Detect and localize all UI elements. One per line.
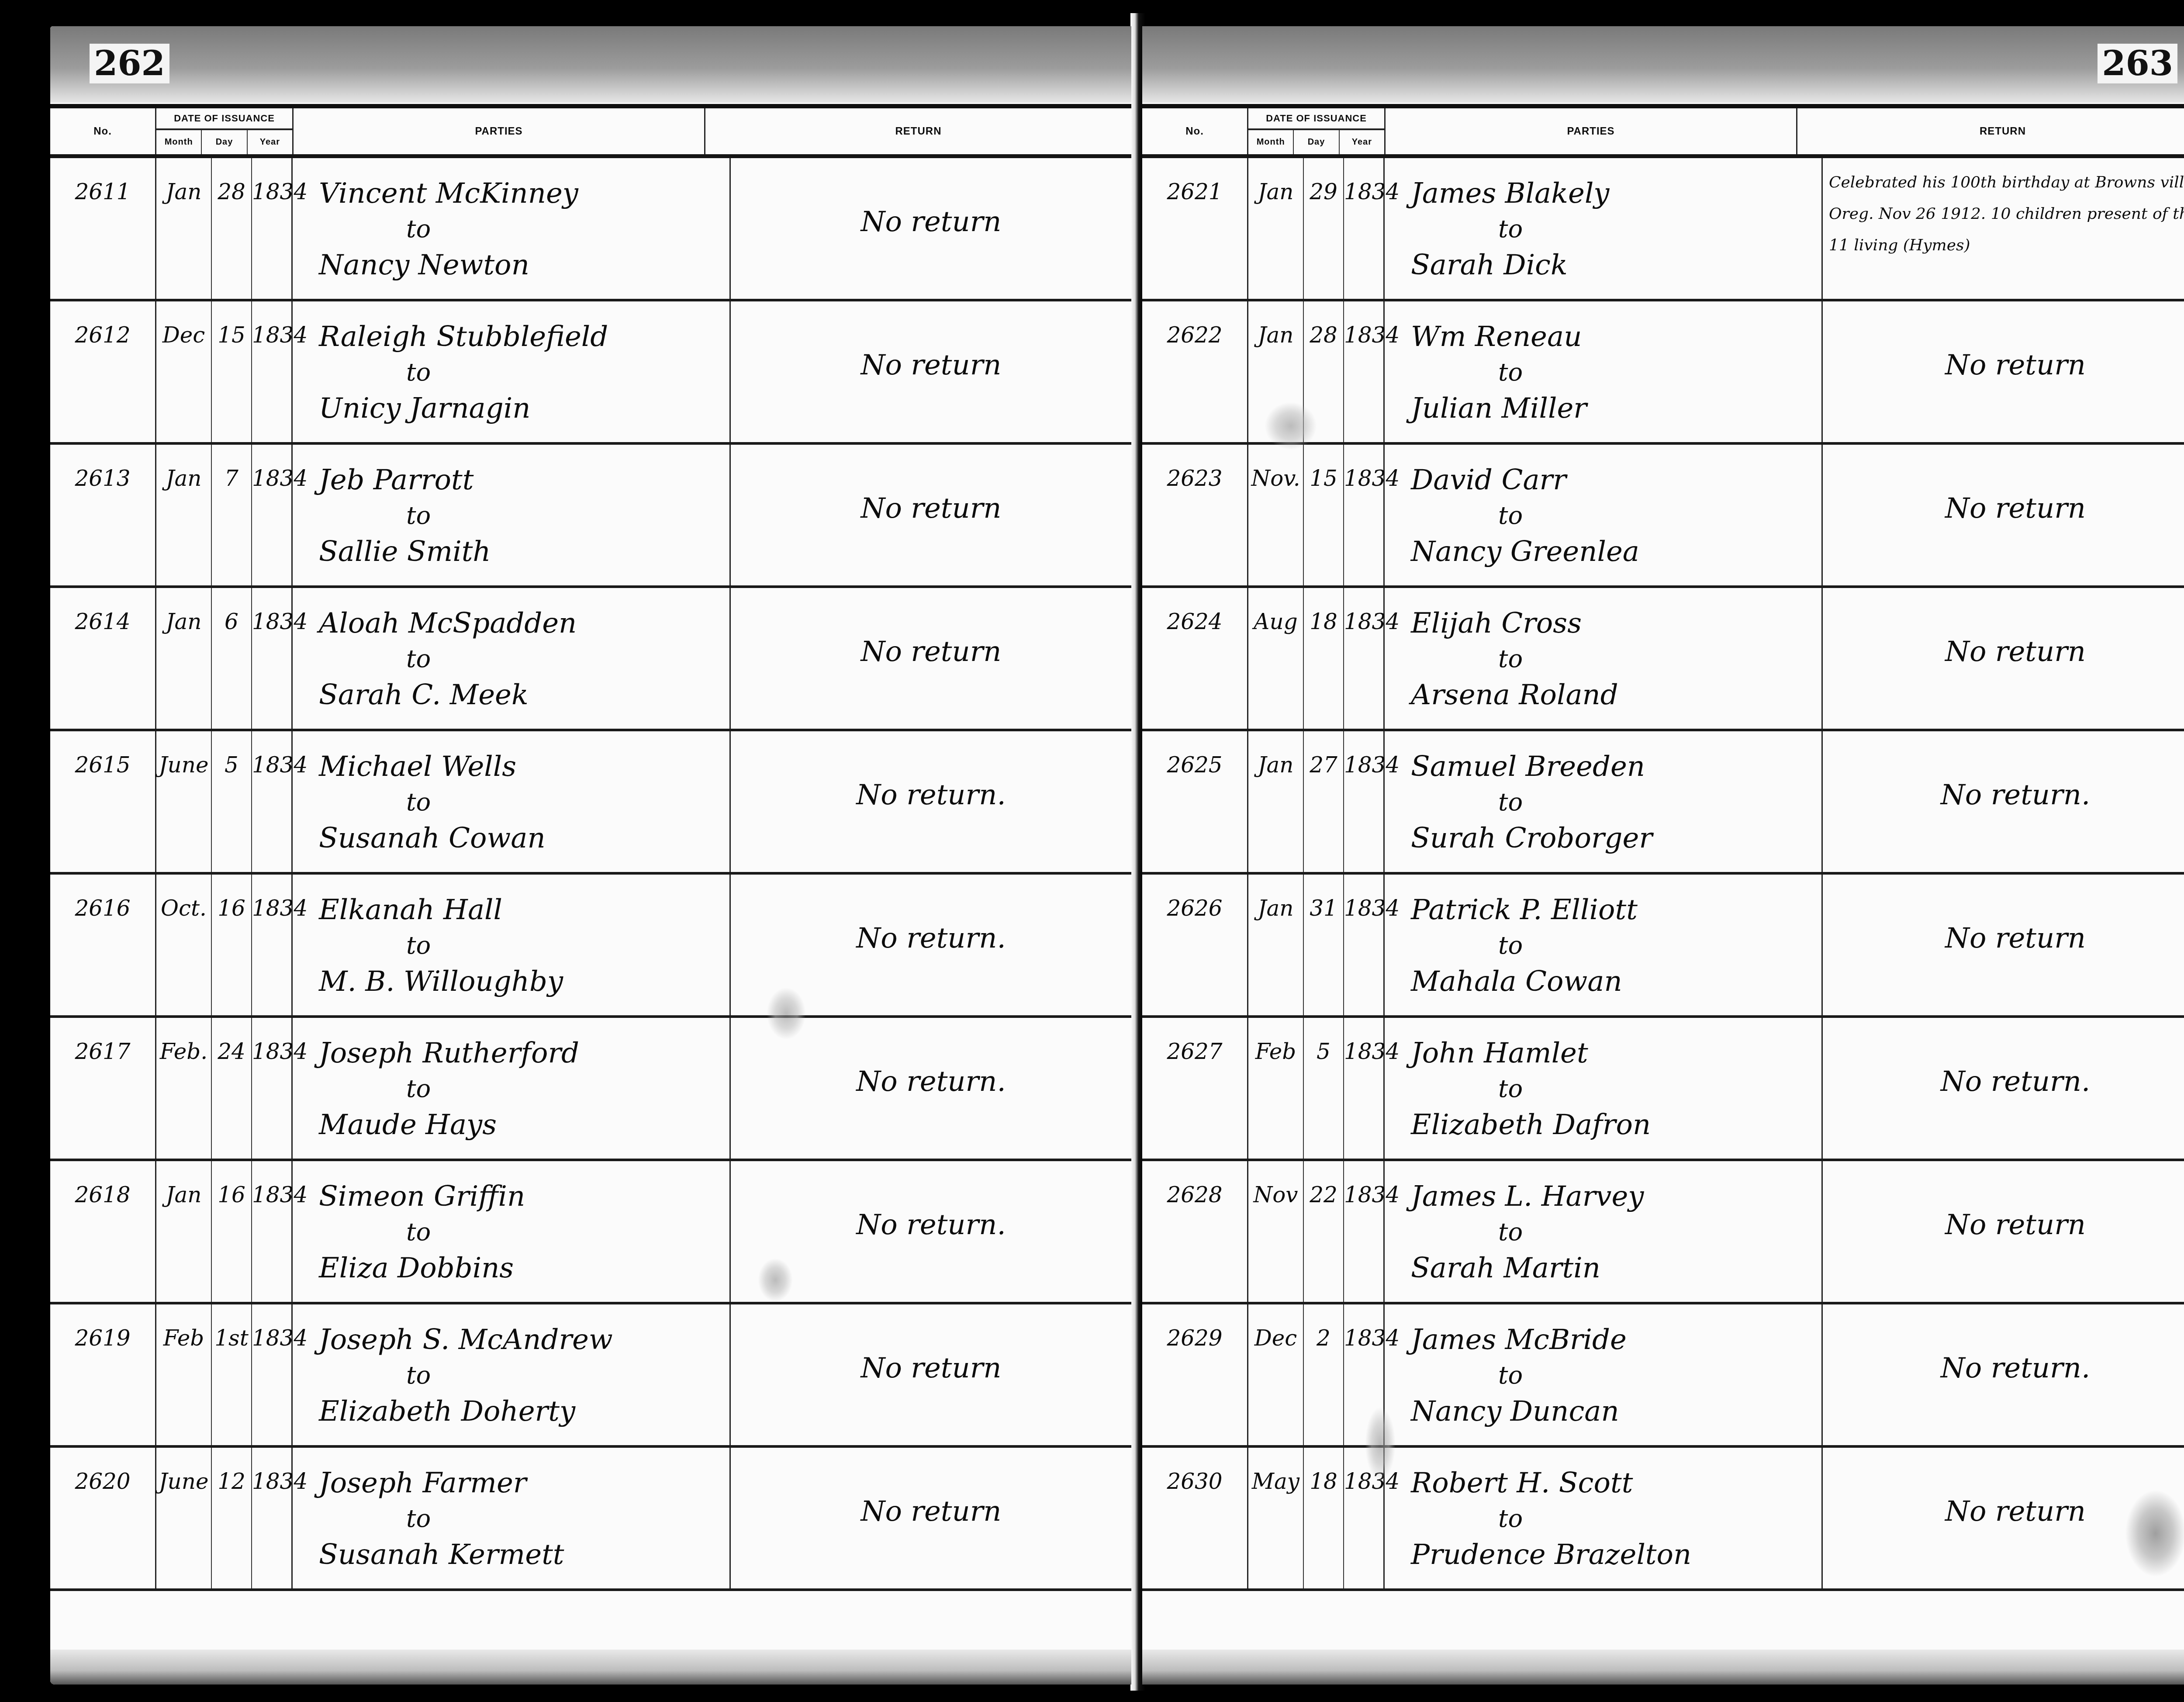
entry-parties: Elijah Cross to Arsena Roland [1385,588,1823,729]
entry-year: 1834 [1344,445,1385,585]
entry-day: 6 [212,588,252,729]
entry-parties: Raleigh Stubblefield to Unicy Jarnagin [293,301,731,442]
entry-return: No return. [1823,731,2184,872]
table-row: 2622 Jan 28 1834 Wm Reneau to Julian Mil… [1142,301,2184,445]
entry-no: 2622 [1142,301,1248,442]
entry-year: 1834 [252,1161,293,1302]
to-label: to [319,355,431,391]
entry-parties: Simeon Griffin to Eliza Dobbins [293,1161,731,1302]
bride-name: Julian Miller [1411,391,1587,426]
entry-return: No return [731,158,1131,299]
header-day: Day [1294,130,1339,154]
groom-name: Joseph Farmer [319,1465,526,1501]
to-label: to [1411,1071,1523,1107]
ledger-page-right: 263 No. DATE OF ISSUANCE Month Day Year … [1142,26,2184,1685]
table-row: 2615 June 5 1834 Michael Wells to Susana… [50,731,1131,875]
header-return: RETURN [705,108,1131,154]
entry-parties: Vincent McKinney to Nancy Newton [293,158,731,299]
entry-year: 1834 [252,1448,293,1588]
groom-name: Wm Reneau [1411,319,1582,355]
groom-name: Robert H. Scott [1411,1465,1633,1501]
to-label: to [1411,1214,1523,1250]
entry-parties: Elkanah Hall to M. B. Willoughby [293,875,731,1015]
header-date-of-issuance: DATE OF ISSUANCE Month Day Year [1248,108,1386,154]
table-row: 2612 Dec 15 1834 Raleigh Stubblefield to… [50,301,1131,445]
entry-no: 2620 [50,1448,156,1588]
bride-name: M. B. Willoughby [319,964,563,1000]
to-label: to [1411,1501,1523,1537]
entry-return: No return. [731,875,1131,1015]
table-row: 2628 Nov 22 1834 James L. Harvey to Sara… [1142,1161,2184,1304]
entry-return: No return [1823,445,2184,585]
entry-return: No return [731,1448,1131,1588]
entry-day: 31 [1304,875,1344,1015]
entry-parties: James McBride to Nancy Duncan [1385,1304,1823,1445]
groom-name: Vincent McKinney [319,176,578,211]
entry-no: 2615 [50,731,156,872]
bride-name: Elizabeth Doherty [319,1394,575,1429]
to-label: to [1411,498,1523,534]
entry-no: 2625 [1142,731,1248,872]
header-return: RETURN [1797,108,2184,154]
header-no: No. [1142,108,1248,154]
entry-month: Feb [1248,1018,1304,1159]
bride-name: Susanah Cowan [319,820,546,856]
entry-parties: Wm Reneau to Julian Miller [1385,301,1823,442]
table-row: 2611 Jan 28 1834 Vincent McKinney to Nan… [50,158,1131,301]
entry-parties: Aloah McSpadden to Sarah C. Meek [293,588,731,729]
groom-name: James L. Harvey [1411,1179,1644,1214]
entry-year: 1834 [1344,158,1385,299]
to-label: to [319,1071,431,1107]
entry-no: 2630 [1142,1448,1248,1588]
entry-parties: Jeb Parrott to Sallie Smith [293,445,731,585]
entry-return: No return [1823,1161,2184,1302]
groom-name: Samuel Breeden [1411,749,1645,785]
entry-year: 1834 [1344,1448,1385,1588]
to-label: to [319,1358,431,1394]
entry-month: Dec [156,301,212,442]
entry-parties: Robert H. Scott to Prudence Brazelton [1385,1448,1823,1588]
groom-name: David Carr [1411,462,1566,498]
entry-year: 1834 [252,301,293,442]
entry-month: Jan [156,588,212,729]
to-label: to [319,928,431,964]
entry-year: 1834 [1344,1018,1385,1159]
entry-day: 16 [212,1161,252,1302]
groom-name: Michael Wells [319,749,516,785]
entry-year: 1834 [252,1304,293,1445]
to-label: to [319,785,431,820]
entry-month: Oct. [156,875,212,1015]
entry-day: 18 [1304,588,1344,729]
groom-name: Aloah McSpadden [319,605,577,641]
table-header: No. DATE OF ISSUANCE Month Day Year PART… [50,108,1131,158]
table-row: 2627 Feb 5 1834 John Hamlet to Elizabeth… [1142,1018,2184,1161]
entry-month: Nov. [1248,445,1304,585]
bride-name: Unicy Jarnagin [319,391,530,426]
entry-no: 2627 [1142,1018,1248,1159]
table-row: 2630 May 18 1834 Robert H. Scott to Prud… [1142,1448,2184,1591]
table-row: 2618 Jan 16 1834 Simeon Griffin to Eliza… [50,1161,1131,1304]
entry-month: Jan [1248,158,1304,299]
entry-no: 2623 [1142,445,1248,585]
bride-name: Sarah Martin [1411,1250,1600,1286]
entry-day: 5 [1304,1018,1344,1159]
entry-day: 1st [212,1304,252,1445]
groom-name: Elijah Cross [1411,605,1582,641]
entry-return: No return [1823,301,2184,442]
entry-day: 7 [212,445,252,585]
entry-day: 28 [212,158,252,299]
header-month: Month [1248,130,1294,154]
header-parties: PARTIES [294,108,705,154]
entry-day: 16 [212,875,252,1015]
bride-name: Mahala Cowan [1411,964,1622,1000]
bride-name: Sarah C. Meek [319,677,529,713]
page-bottom-shadow [50,1650,1131,1685]
entry-day: 15 [1304,445,1344,585]
bride-name: Maude Hays [319,1107,497,1143]
entry-month: Dec [1248,1304,1304,1445]
table-row: 2624 Aug 18 1834 Elijah Cross to Arsena … [1142,588,2184,731]
entry-return: No return [731,588,1131,729]
table-row: 2625 Jan 27 1834 Samuel Breeden to Surah… [1142,731,2184,875]
table-row: 2621 Jan 29 1834 James Blakely to Sarah … [1142,158,2184,301]
entry-month: Jan [1248,301,1304,442]
table-row: 2617 Feb. 24 1834 Joseph Rutherford to M… [50,1018,1131,1161]
entry-year: 1834 [252,875,293,1015]
entry-return: No return. [731,731,1131,872]
entry-no: 2629 [1142,1304,1248,1445]
entry-day: 5 [212,731,252,872]
page-bottom-shadow [1142,1650,2184,1685]
header-date-label: DATE OF ISSUANCE [156,108,292,130]
bride-name: Eliza Dobbins [319,1250,514,1286]
bride-name: Surah Croborger [1411,820,1652,856]
page-top-shadow [1142,26,2184,103]
to-label: to [1411,928,1523,964]
bride-name: Nancy Newton [319,247,529,283]
entry-year: 1834 [1344,1304,1385,1445]
to-label: to [1411,211,1523,247]
table-row: 2619 Feb 1st 1834 Joseph S. McAndrew to … [50,1304,1131,1448]
page-number: 263 [2098,44,2177,83]
entry-month: Jan [156,445,212,585]
entry-parties: Joseph Farmer to Susanah Kermett [293,1448,731,1588]
entry-month: Feb [156,1304,212,1445]
entry-day: 2 [1304,1304,1344,1445]
bride-name: Sarah Dick [1411,247,1568,283]
entry-return: No return [1823,1448,2184,1588]
entry-day: 12 [212,1448,252,1588]
ledger-table: No. DATE OF ISSUANCE Month Day Year PART… [50,104,1131,1650]
bride-name: Susanah Kermett [319,1537,564,1573]
entry-return: No return [1823,875,2184,1015]
entry-month: Feb. [156,1018,212,1159]
groom-name: John Hamlet [1411,1035,1588,1071]
entry-return: No return [731,1304,1131,1445]
to-label: to [319,211,431,247]
entry-no: 2626 [1142,875,1248,1015]
entry-return: No return. [1823,1304,2184,1445]
table-row: 2614 Jan 6 1834 Aloah McSpadden to Sarah… [50,588,1131,731]
entry-month: May [1248,1448,1304,1588]
entry-return: No return [731,445,1131,585]
entry-no: 2612 [50,301,156,442]
header-year: Year [1340,130,1384,154]
bride-name: Sallie Smith [319,534,491,570]
entry-month: June [156,731,212,872]
groom-name: Joseph S. McAndrew [319,1322,613,1358]
entry-day: 29 [1304,158,1344,299]
entry-parties: Joseph S. McAndrew to Elizabeth Doherty [293,1304,731,1445]
bride-name: Elizabeth Dafron [1411,1107,1651,1143]
to-label: to [319,1501,431,1537]
entry-no: 2628 [1142,1161,1248,1302]
entry-parties: Michael Wells to Susanah Cowan [293,731,731,872]
bride-name: Arsena Roland [1411,677,1618,713]
header-year: Year [248,130,292,154]
groom-name: Jeb Parrott [319,462,473,498]
bride-name: Nancy Duncan [1411,1394,1619,1429]
to-label: to [1411,641,1523,677]
table-row: 2623 Nov. 15 1834 David Carr to Nancy Gr… [1142,445,2184,588]
to-label: to [1411,355,1523,391]
margin-annotation: Celebrated his 100th birthday at Browns … [1829,167,2184,261]
entry-day: 24 [212,1018,252,1159]
table-row: 2629 Dec 2 1834 James McBride to Nancy D… [1142,1304,2184,1448]
entry-month: Jan [1248,875,1304,1015]
groom-name: James Blakely [1411,176,1610,211]
to-label: to [319,641,431,677]
entry-no: 2618 [50,1161,156,1302]
groom-name: James McBride [1411,1322,1627,1358]
entry-year: 1834 [1344,588,1385,729]
entry-return: No return. [731,1018,1131,1159]
entry-month: Aug [1248,588,1304,729]
header-day: Day [202,130,247,154]
entry-year: 1834 [1344,875,1385,1015]
entry-year: 1834 [252,158,293,299]
entry-month: Jan [156,1161,212,1302]
entry-return: No return [731,301,1131,442]
header-parties: PARTIES [1386,108,1797,154]
entry-day: 27 [1304,731,1344,872]
table-row: 2616 Oct. 16 1834 Elkanah Hall to M. B. … [50,875,1131,1018]
entry-year: 1834 [252,731,293,872]
groom-name: Elkanah Hall [319,892,502,928]
entry-year: 1834 [1344,731,1385,872]
entry-parties: David Carr to Nancy Greenlea [1385,445,1823,585]
bride-name: Prudence Brazelton [1411,1537,1691,1573]
to-label: to [319,1214,431,1250]
table-row: 2626 Jan 31 1834 Patrick P. Elliott to M… [1142,875,2184,1018]
entry-no: 2614 [50,588,156,729]
groom-name: Simeon Griffin [319,1179,525,1214]
entry-day: 22 [1304,1161,1344,1302]
entry-parties: James L. Harvey to Sarah Martin [1385,1161,1823,1302]
entry-parties: Patrick P. Elliott to Mahala Cowan [1385,875,1823,1015]
page-top-shadow [50,26,1131,103]
table-row: 2613 Jan 7 1834 Jeb Parrott to Sallie Sm… [50,445,1131,588]
entry-parties: John Hamlet to Elizabeth Dafron [1385,1018,1823,1159]
entry-month: Nov [1248,1161,1304,1302]
entry-month: Jan [156,158,212,299]
header-date-of-issuance: DATE OF ISSUANCE Month Day Year [156,108,294,154]
entry-parties: James Blakely to Sarah Dick [1385,158,1823,299]
header-date-label: DATE OF ISSUANCE [1248,108,1384,130]
table-header: No. DATE OF ISSUANCE Month Day Year PART… [1142,108,2184,158]
entry-year: 1834 [1344,1161,1385,1302]
entry-day: 28 [1304,301,1344,442]
entry-parties: Samuel Breeden to Surah Croborger [1385,731,1823,872]
bride-name: Nancy Greenlea [1411,534,1639,570]
entry-year: 1834 [252,588,293,729]
page-number: 262 [90,44,169,83]
entry-return-with-annotation: Celebrated his 100th birthday at Browns … [1823,158,2184,299]
entry-day: 15 [212,301,252,442]
entry-month: June [156,1448,212,1588]
groom-name: Joseph Rutherford [319,1035,579,1071]
entry-no: 2611 [50,158,156,299]
entry-year: 1834 [252,1018,293,1159]
to-label: to [1411,1358,1523,1394]
entry-no: 2613 [50,445,156,585]
entry-return: No return. [1823,1018,2184,1159]
entry-year: 1834 [1344,301,1385,442]
entry-return: No return [1823,588,2184,729]
entry-day: 18 [1304,1448,1344,1588]
ledger-table: No. DATE OF ISSUANCE Month Day Year PART… [1142,104,2184,1650]
groom-name: Raleigh Stubblefield [319,319,608,355]
entry-no: 2621 [1142,158,1248,299]
entry-no: 2619 [50,1304,156,1445]
entry-year: 1834 [252,445,293,585]
entry-month: Jan [1248,731,1304,872]
header-no: No. [50,108,156,154]
entry-return: No return. [731,1161,1131,1302]
header-month: Month [156,130,202,154]
entry-no: 2617 [50,1018,156,1159]
table-row: 2620 June 12 1834 Joseph Farmer to Susan… [50,1448,1131,1591]
entry-no: 2616 [50,875,156,1015]
ledger-page-left: 262 No. DATE OF ISSUANCE Month Day Year … [50,26,1131,1685]
entry-parties: Joseph Rutherford to Maude Hays [293,1018,731,1159]
entry-no: 2624 [1142,588,1248,729]
to-label: to [319,498,431,534]
to-label: to [1411,785,1523,820]
groom-name: Patrick P. Elliott [1411,892,1638,928]
